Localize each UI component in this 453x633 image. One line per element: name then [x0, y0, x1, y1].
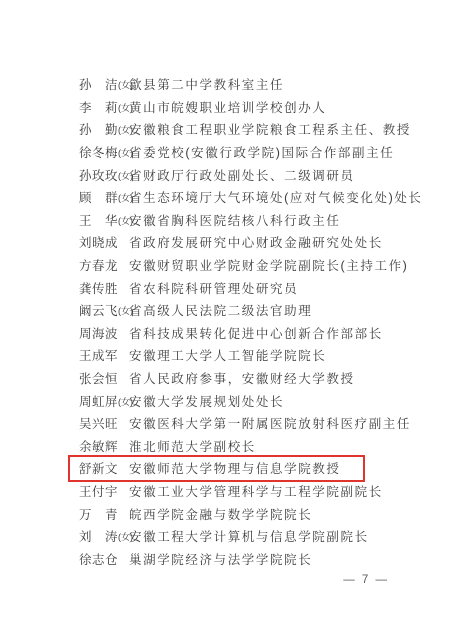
recipient-title: 省政府发展研究中心财政金融研究处处长 [129, 233, 383, 251]
recipient-name-col: 徐冬梅(女) [79, 143, 129, 161]
recipient-name-col: 张会恒 [79, 369, 129, 387]
recipient-title: 省委党校(安徽行政学院)国际合作部副主任 [129, 143, 394, 161]
recipient-title: 安徽省胸科医院结核八科行政主任 [129, 211, 341, 229]
recipient-title: 省财政厅行政处副处长、二级调研员 [129, 166, 355, 184]
recipient-title: 省科技成果转化促进中心创新合作部部长 [129, 324, 383, 342]
recipient-name: 阚云飞 [79, 304, 118, 318]
list-row: 周虹屏(女)安徽大学发展规划处处长 [79, 389, 423, 412]
recipient-name-col: 周海波 [79, 324, 129, 342]
recipient-title: 淮北师范大学副校长 [129, 437, 256, 455]
recipient-title: 省高级人民法院二级法官助理 [129, 301, 312, 319]
recipient-name-col: 舒新文 [79, 459, 129, 477]
list-row: 余敏辉淮北师范大学副校长 [79, 435, 423, 458]
recipient-name: 刘晓成 [79, 236, 118, 250]
list-row: 李 莉(女)黄山市皖嫂职业培训学校创办人 [79, 96, 423, 119]
recipient-name-col: 吴兴旺 [79, 414, 129, 432]
list-row: 周海波省科技成果转化促进中心创新合作部部长 [79, 322, 423, 345]
recipient-name: 孙玫玫 [79, 169, 118, 183]
recipient-name-col: 李 莉(女) [79, 98, 129, 116]
list-row: 孙 勤(女)安徽粮食工程职业学院粮食工程系主任、教授 [79, 118, 423, 141]
list-row: 吴兴旺安徽医科大学第一附属医院放射科医疗副主任 [79, 412, 423, 435]
recipient-title: 安徽师范大学物理与信息学院教授 [129, 459, 341, 477]
list-row: 徐志仓巢湖学院经济与法学学院院长 [79, 547, 423, 570]
recipient-name: 王 华 [79, 214, 118, 228]
list-row: 徐冬梅(女)省委党校(安徽行政学院)国际合作部副主任 [79, 141, 423, 164]
recipient-name-col: 孙 勤(女) [79, 120, 129, 138]
recipient-name: 周海波 [79, 327, 118, 341]
list-row: 王 华(女)安徽省胸科医院结核八科行政主任 [79, 209, 423, 232]
list-row: 刘 涛(女)安徽工程大学计算机与信息学院副院长 [79, 525, 423, 548]
recipient-name: 万 青 [79, 508, 118, 522]
recipient-name: 张会恒 [79, 372, 118, 386]
recipient-title: 黄山市皖嫂职业培训学校创办人 [129, 98, 326, 116]
list-row: 王付宇安徽工业大学管理科学与工程学院副院长 [79, 480, 423, 503]
recipient-name: 孙 洁 [79, 78, 118, 92]
list-row: 孙 洁(女)歙县第二中学教科室主任 [79, 73, 423, 96]
recipient-name-col: 方春龙 [79, 256, 129, 274]
recipient-title: 巢湖学院经济与法学学院院长 [129, 550, 312, 568]
recipient-title: 安徽粮食工程职业学院粮食工程系主任、教授 [129, 120, 411, 138]
recipient-name: 余敏辉 [79, 440, 118, 454]
recipient-name: 王成军 [79, 349, 118, 363]
list-row: 舒新文安徽师范大学物理与信息学院教授 [79, 457, 423, 480]
list-row: 顾 群(女)省生态环境厅大气环境处(应对气候变化处)处长 [79, 186, 423, 209]
page: 孙 洁(女)歙县第二中学教科室主任 李 莉(女)黄山市皖嫂职业培训学校创办人 孙… [0, 0, 453, 633]
recipient-title: 省人民政府参事，安徽财经大学教授 [129, 369, 355, 387]
recipient-title: 安徽工业大学管理科学与工程学院副院长 [129, 482, 383, 500]
recipient-name: 孙 勤 [79, 123, 118, 137]
recipient-name: 刘 涛 [79, 530, 118, 544]
recipient-name-col: 万 青 [79, 505, 129, 523]
recipient-title: 安徽大学发展规划处处长 [129, 392, 284, 410]
recipient-name-col: 刘晓成 [79, 233, 129, 251]
recipient-name-col: 周虹屏(女) [79, 392, 129, 410]
recipient-title: 安徽财贸职业学院财金学院副院长(主持工作) [129, 256, 408, 274]
recipient-name-col: 龚传胜 [79, 279, 129, 297]
recipient-title: 安徽理工大学人工智能学院院长 [129, 346, 326, 364]
recipient-name-col: 余敏辉 [79, 437, 129, 455]
recipient-name-col: 孙 洁(女) [79, 75, 129, 93]
recipient-name-col: 孙玫玫(女) [79, 166, 129, 184]
recipient-name: 龚传胜 [79, 282, 118, 296]
recipient-name: 李 莉 [79, 101, 118, 115]
recipient-name: 王付宇 [79, 485, 118, 499]
recipient-name: 周虹屏 [79, 395, 118, 409]
list-row: 万 青皖西学院金融与数学学院院长 [79, 502, 423, 525]
page-number: — 7 — [343, 574, 389, 586]
list-row: 方春龙安徽财贸职业学院财金学院副院长(主持工作) [79, 254, 423, 277]
recipient-title: 安徽医科大学第一附属医院放射科医疗副主任 [129, 414, 411, 432]
list-row: 阚云飞(女)省高级人民法院二级法官助理 [79, 299, 423, 322]
recipient-name-col: 刘 涛(女) [79, 527, 129, 545]
recipient-name-col: 王付宇 [79, 482, 129, 500]
list-row: 王成军安徽理工大学人工智能学院院长 [79, 344, 423, 367]
list-row: 龚传胜省农科院科研管理处研究员 [79, 276, 423, 299]
recipient-list: 孙 洁(女)歙县第二中学教科室主任 李 莉(女)黄山市皖嫂职业培训学校创办人 孙… [79, 73, 423, 570]
recipient-name: 舒新文 [79, 462, 118, 476]
recipient-title: 安徽工程大学计算机与信息学院副院长 [129, 527, 369, 545]
recipient-title: 省农科院科研管理处研究员 [129, 279, 298, 297]
recipient-name: 徐冬梅 [79, 146, 118, 160]
recipient-name-col: 阚云飞(女) [79, 301, 129, 319]
list-row: 张会恒省人民政府参事，安徽财经大学教授 [79, 367, 423, 390]
recipient-name: 方春龙 [79, 259, 118, 273]
recipient-title: 皖西学院金融与数学学院院长 [129, 505, 312, 523]
recipient-name: 徐志仓 [79, 553, 118, 567]
list-row: 孙玫玫(女)省财政厅行政处副处长、二级调研员 [79, 163, 423, 186]
recipient-name: 吴兴旺 [79, 417, 118, 431]
recipient-name-col: 顾 群(女) [79, 188, 129, 206]
recipient-name: 顾 群 [79, 191, 118, 205]
recipient-title: 省生态环境厅大气环境处(应对气候变化处)处长 [129, 188, 423, 206]
list-row: 刘晓成省政府发展研究中心财政金融研究处处长 [79, 231, 423, 254]
recipient-name-col: 王 华(女) [79, 211, 129, 229]
recipient-title: 歙县第二中学教科室主任 [129, 75, 284, 93]
recipient-name-col: 王成军 [79, 346, 129, 364]
recipient-name-col: 徐志仓 [79, 550, 129, 568]
